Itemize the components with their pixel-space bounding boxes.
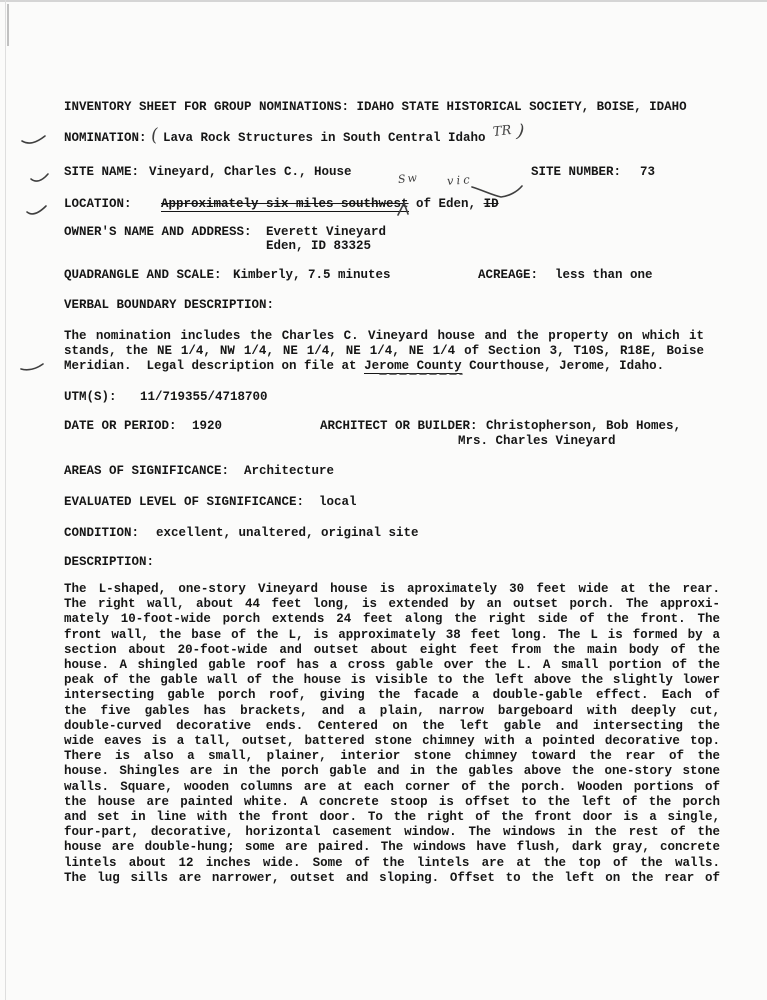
description-line: four-part, decorative, horizontal caseme… [64,825,720,840]
handwritten-sw-correction: Sw [397,171,419,186]
architect-value-line1: Christopherson, Bob Homes, [486,419,681,433]
document-title: INVENTORY SHEET FOR GROUP NOMINATIONS: I… [64,100,687,114]
margin-checkmark-nomination [22,136,45,143]
acreage-label: ACREAGE: [478,268,538,282]
date-or-period-value: 1920 [192,419,222,433]
areas-label: AREAS OF SIGNIFICANCE: [64,464,229,478]
condition-value: excellent, unaltered, original site [156,526,419,540]
site-name-value: Vineyard, Charles C., House [149,165,352,179]
owner-name: Everett Vineyard [266,225,386,239]
site-number-label: SITE NUMBER: [531,165,621,179]
date-or-period-label: DATE OR PERIOD: [64,419,177,433]
acreage-value: less than one [555,268,653,282]
owner-address: Eden, ID 83325 [266,239,371,253]
location-value: Approximately six miles southwest of Ede… [161,197,499,211]
boundary-line3-post: Courthouse, Jerome, Idaho. [462,359,665,373]
boundary-line: stands, the NE 1/4, NW 1/4, NE 1/4, NE 1… [64,344,704,359]
description-line: walls. Square, wooden columns are at eac… [64,780,720,795]
evaluated-level-label: EVALUATED LEVEL OF SIGNIFICANCE: [64,495,304,509]
architect-label: ARCHITECT OR BUILDER: [320,419,478,433]
scanned-document-page: INVENTORY SHEET FOR GROUP NOMINATIONS: I… [0,0,767,1000]
location-struck-phrase: Approximately six miles southwest [161,197,409,212]
description-line: the five gables has brackets, and a plai… [64,704,720,719]
description-line: peak of the gable wall of the house is v… [64,673,720,688]
description-line: The L-shaped, one-story Vineyard house i… [64,582,720,597]
boundary-line: Meridian. Legal description on file at J… [64,359,704,374]
location-struck-state: ID [484,197,499,211]
evaluated-level-value: local [319,495,357,509]
boundary-line3-pre: Meridian. Legal description on file at [64,359,364,373]
scan-edge-left-dark [7,4,9,46]
nomination-label: NOMINATION: [64,131,147,145]
scan-edge-left [5,0,6,1000]
location-kept-text: of Eden, [409,197,484,211]
description-line: There is also a small, plainer, interior… [64,749,720,764]
description-line: lintels about 12 inches wide. Some of th… [64,856,720,871]
description-line: intersecting gable porch roof, giving th… [64,688,720,703]
owner-label: OWNER'S NAME AND ADDRESS: [64,225,252,239]
margin-checkmark-location [27,206,46,214]
location-label: LOCATION: [64,197,132,211]
handwritten-vic-correction: vic [447,172,474,188]
boundary-line: The nomination includes the Charles C. V… [64,329,704,344]
boundary-jerome-county-underlined: Jerome County [364,359,462,374]
quadrangle-label: QUADRANGLE AND SCALE: [64,268,222,282]
handwritten-tr-suffix: TR [492,123,512,140]
scan-edge-top [0,0,767,2]
description-label: DESCRIPTION: [64,555,154,569]
description-line: house. A shingled gable roof has a cross… [64,658,720,673]
quadrangle-value: Kimberly, 7.5 minutes [233,268,391,282]
description-line: mately 10-foot-wide porch extends 24 fee… [64,612,720,627]
verbal-boundary-paragraph: The nomination includes the Charles C. V… [64,329,704,375]
condition-label: CONDITION: [64,526,139,540]
nomination-value: Lava Rock Structures in South Central Id… [163,131,486,145]
description-line: The right wall, about 44 feet long, is e… [64,597,720,612]
utm-label: UTM(S): [64,390,117,404]
description-line: house. Shingles are in the porch gable a… [64,764,720,779]
description-line: house are double-hung; some are paired. … [64,840,720,855]
handwritten-open-paren: ( [150,125,158,146]
utm-value: 11/719355/4718700 [140,390,268,404]
site-number-value: 73 [640,165,655,179]
description-line: The lug sills are narrower, outset and s… [64,871,720,886]
description-line: and set in line with the front door. To … [64,810,720,825]
margin-checkmark-site-name [31,174,48,181]
description-paragraph: The L-shaped, one-story Vineyard house i… [64,582,720,886]
description-line: front wall, the base of the L, is approx… [64,628,720,643]
margin-checkmark-meridian [21,364,43,370]
verbal-boundary-label: VERBAL BOUNDARY DESCRIPTION: [64,298,274,312]
description-line: the house are painted white. A concrete … [64,795,720,810]
site-name-label: SITE NAME: [64,165,139,179]
id-strike-swoosh [472,186,522,197]
handwritten-close-paren: ) [516,121,526,143]
description-line: section about 20-foot-wide and outset ab… [64,643,720,658]
description-line: wide eaves is a tall, outset, battered s… [64,734,720,749]
description-line: double-curved decorative ends. Centered … [64,719,720,734]
architect-value-line2: Mrs. Charles Vineyard [458,434,616,448]
areas-value: Architecture [244,464,334,478]
